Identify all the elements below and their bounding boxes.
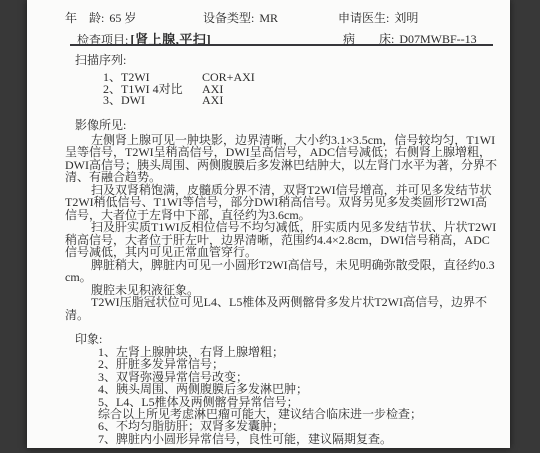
report-body: 扫描序列: 1、T2WI COR+AXI 2、T1WI 4对比 AXI 3、DW… xyxy=(65,54,497,445)
device-type-label: 设备类型: xyxy=(203,11,254,25)
requesting-doctor-field: 申请医生:刘明 xyxy=(338,9,418,26)
findings-paragraph: 扫及肝实质T1WI反相位信号不均匀减低，肝实质内见多发结节状、片状T2WI稍高信… xyxy=(65,221,497,259)
findings-paragraph: T2WI压脂冠状位可见L4、L5椎体及两侧髂骨多发片状T2WI高信号，边界不清。 xyxy=(65,296,497,321)
findings-paragraph: 左侧肾上腺可见一肿块影，边界清晰，大小约3.1×3.5cm，信号较均匀，T1WI… xyxy=(65,134,497,184)
sequence-name: 3、DWI xyxy=(103,95,202,107)
sequence-plane: AXI xyxy=(202,95,223,107)
impression-item: 7、脾脏内小圆形异常信号，良性可能，建议隔期复查。 xyxy=(65,433,497,445)
report-document: 年 龄:65 岁 设备类型:MR 申请医生:刘明 检查项目:[肾上腺,平扫] 病… xyxy=(27,0,510,448)
header-divider xyxy=(70,44,493,46)
findings-text: 左侧肾上腺可见一肿块影，边界清晰，大小约3.1×3.5cm，信号较均匀，T1WI… xyxy=(65,134,497,322)
impression-item: 6、不均匀脂肪肝；双肾多发囊肿； xyxy=(65,420,497,432)
age-label: 年 龄: xyxy=(65,11,104,25)
requesting-doctor-label: 申请医生: xyxy=(338,11,389,25)
sequence-row: 3、DWI AXI xyxy=(65,95,497,107)
age-value: 65 岁 xyxy=(109,11,136,25)
scan-sequence-list: 1、T2WI COR+AXI 2、T1WI 4对比 AXI 3、DWI AXI xyxy=(65,72,497,107)
impression-item: 2、肝脏多发异常信号； xyxy=(65,358,497,370)
device-type-value: MR xyxy=(259,11,278,25)
findings-paragraph: 脾脏稍大，脾脏内可见一小圆形T2WI高信号，未见明确弥散受限，直径约0.3cm。 xyxy=(65,259,497,284)
sequence-label: DWI xyxy=(121,93,145,107)
impression-list: 1、左肾上腺肿块，右肾上腺增粗； 2、肝脏多发异常信号； 3、双肾弥漫异常信号改… xyxy=(65,346,497,445)
scan-sequence-title: 扫描序列: xyxy=(75,54,497,67)
sequence-number: 3、 xyxy=(103,93,121,107)
requesting-doctor-value: 刘明 xyxy=(394,11,418,25)
impression-item: 4、胰头周围、两侧腹膜后多发淋巴肿； xyxy=(65,383,497,395)
findings-paragraph: 扫及双肾稍饱满，皮髓质分界不清，双肾T2WI信号增高，并可见多发结节状T2WI稍… xyxy=(65,184,497,222)
scan-background: 年 龄:65 岁 设备类型:MR 申请医生:刘明 检查项目:[肾上腺,平扫] 病… xyxy=(0,0,540,453)
findings-title: 影像所见: xyxy=(75,119,497,132)
age-field: 年 龄:65 岁 xyxy=(65,9,136,26)
device-type-field: 设备类型:MR xyxy=(203,9,278,26)
